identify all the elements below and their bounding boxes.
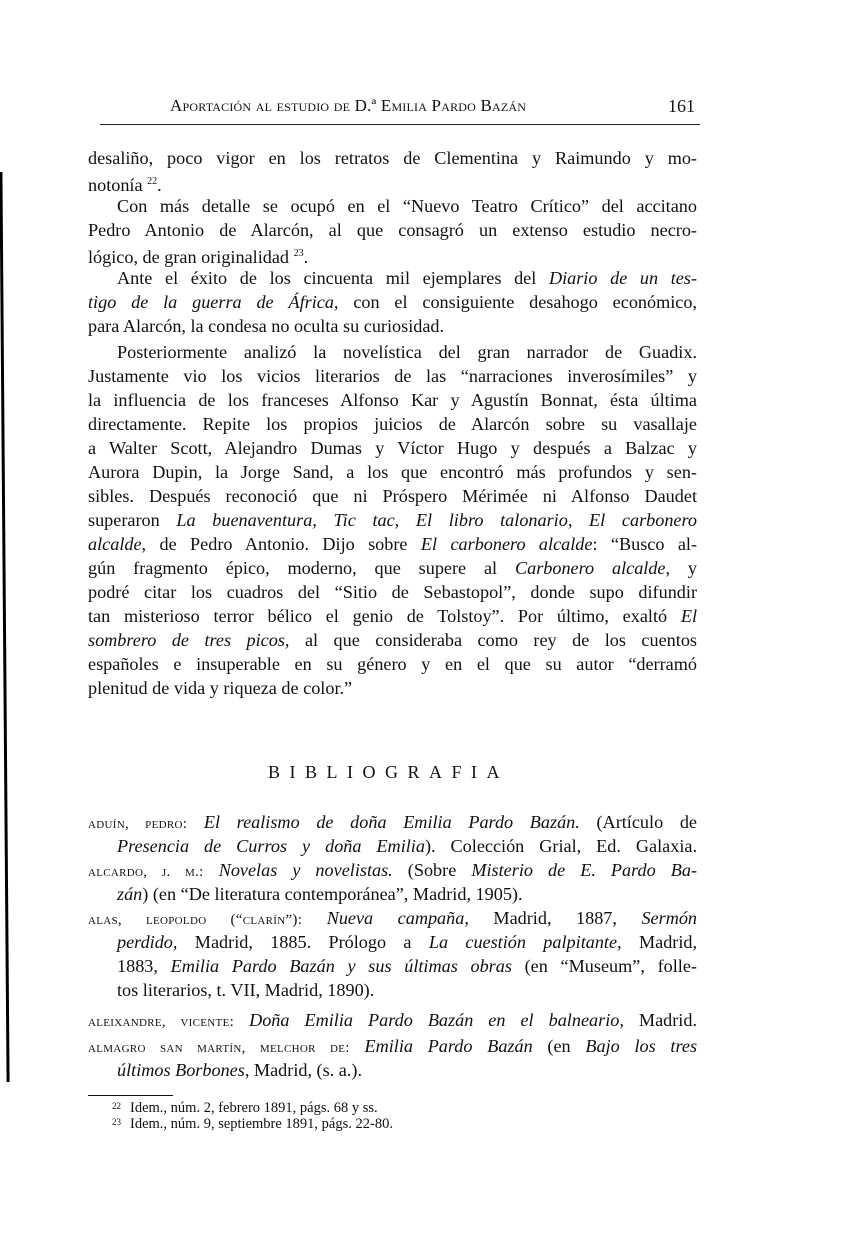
footnote-rule — [88, 1095, 173, 1096]
body-line: tigo de la guerra de África, con el cons… — [88, 290, 697, 314]
body-line: la influencia de los franceses Alfonso K… — [88, 388, 697, 412]
body-line: Con más detalle se ocupó en el “Nuevo Te… — [117, 194, 697, 218]
running-head: Aportación al estudio de D.ª Emilia Pard… — [170, 96, 526, 116]
footnote-ref: 23 — [294, 248, 304, 259]
footnote: Idem., núm. 9, septiembre 1891, págs. 22… — [130, 1116, 393, 1132]
bibliography-entry-cont: perdido, Madrid, 1885. Prólogo a La cues… — [117, 930, 697, 954]
body-line: para Alarcón, la condesa no oculta su cu… — [88, 314, 697, 338]
bibliography-entry: Alcardo, J. M.: Novelas y novelistas. (S… — [88, 858, 697, 884]
body-line: españoles e insuperable en su género y e… — [88, 652, 697, 676]
document-page: Aportación al estudio de D.ª Emilia Pard… — [0, 0, 850, 1253]
body-line: sombrero de tres picos, al que considera… — [88, 628, 697, 652]
footnote-ref: 22 — [147, 176, 157, 187]
bibliography-entry: Aduín, Pedro: El realismo de doña Emilia… — [88, 810, 697, 836]
body-line: Posteriormente analizó la novelística de… — [117, 340, 697, 364]
body-line: notonía 22. — [88, 170, 697, 197]
bibliography-entry: Almagro San Martín, Melchor de: Emilia P… — [88, 1034, 697, 1060]
body-line: alcalde, de Pedro Antonio. Dijo sobre El… — [88, 532, 697, 556]
scan-edge-artifact — [0, 172, 10, 1082]
body-line: podré citar los cuadros del “Sitio de Se… — [88, 580, 697, 604]
body-line: desaliño, poco vigor en los retratos de … — [88, 146, 697, 170]
page-number: 161 — [668, 96, 695, 117]
body-line: gún fragmento épico, moderno, que supere… — [88, 556, 697, 580]
body-line: superaron La buenaventura, Tic tac, El l… — [88, 508, 697, 532]
bibliography-entry: Aleixandre, Vicente: Doña Emilia Pardo B… — [88, 1008, 697, 1034]
body-line: Aurora Dupin, la Jorge Sand, a los que e… — [88, 460, 697, 484]
bibliography-heading: BIBLIOGRAFIA — [268, 762, 509, 783]
body-line: sibles. Después reconoció que ni Prósper… — [88, 484, 697, 508]
header-rule — [100, 124, 700, 125]
footnote-number: 23 — [112, 1117, 121, 1127]
bibliography-entry: Alas, Leopoldo (“Clarín”): Nueva campaña… — [88, 906, 697, 932]
footnote: Idem., núm. 2, febrero 1891, págs. 68 y … — [130, 1100, 378, 1116]
bibliography-entry-cont: tos literarios, t. VII, Madrid, 1890). — [117, 978, 697, 1002]
body-line: tan misterioso terror bélico el genio de… — [88, 604, 697, 628]
bibliography-entry-cont: zán) (en “De literatura contemporánea”, … — [117, 882, 697, 906]
body-line: Justamente vio los vicios literarios de … — [88, 364, 697, 388]
bibliography-entry-cont: 1883, Emilia Pardo Bazán y sus últimas o… — [117, 954, 697, 978]
bibliography-entry-cont: Presencia de Curros y doña Emilia). Cole… — [117, 834, 697, 858]
body-line: plenitud de vida y riqueza de color.” — [88, 676, 697, 700]
body-line: lógico, de gran originalidad 23. — [88, 242, 697, 269]
body-line: Ante el éxito de los cincuenta mil ejemp… — [117, 266, 697, 290]
footnote-number: 22 — [112, 1101, 121, 1111]
body-line: Pedro Antonio de Alarcón, al que consagr… — [88, 218, 697, 242]
body-line: a Walter Scott, Alejandro Dumas y Víctor… — [88, 436, 697, 460]
bibliography-entry-cont: últimos Borbones, Madrid, (s. a.). — [117, 1058, 697, 1082]
body-line: directamente. Repite los propios juicios… — [88, 412, 697, 436]
